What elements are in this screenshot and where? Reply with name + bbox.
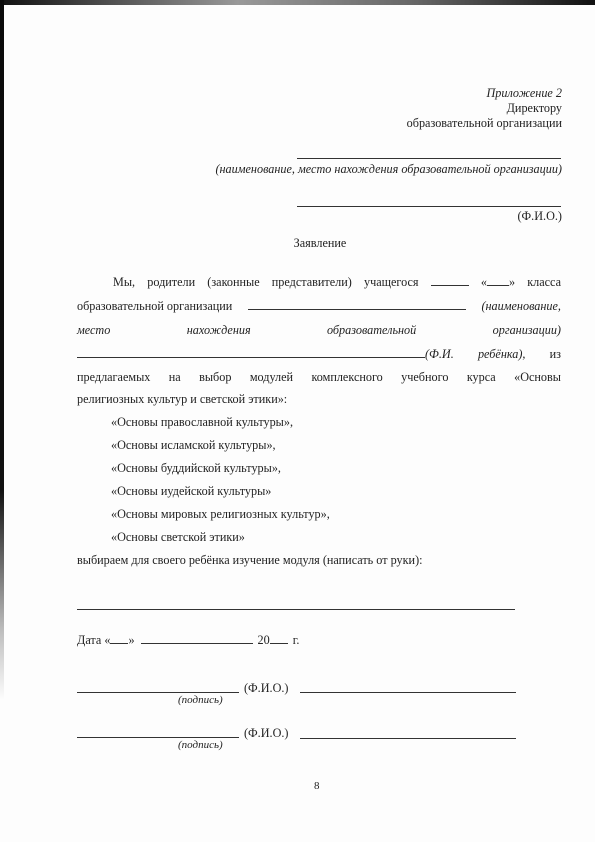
org-name-field[interactable] xyxy=(297,158,561,159)
date-label: Дата « xyxy=(77,633,110,648)
text-word: родители xyxy=(147,275,195,290)
date-year-prefix: 20 xyxy=(258,633,270,648)
module-item: «Основы мировых религиозных культур», xyxy=(111,507,330,522)
org-name-inline-field[interactable] xyxy=(248,299,466,310)
text-word: учебного xyxy=(401,370,448,385)
date-day-field[interactable] xyxy=(110,633,128,644)
caption-word: нахождения xyxy=(187,323,251,338)
choose-module-text: выбираем для своего ребёнка изучение мод… xyxy=(77,553,423,568)
caption-text: (Ф.И. xyxy=(425,347,454,362)
text-word: Мы, xyxy=(113,275,135,290)
addressee-org: образовательной организации xyxy=(407,116,562,131)
signature-field-2[interactable] xyxy=(77,737,239,738)
text-word: класса xyxy=(527,275,561,290)
text-word: из xyxy=(550,347,561,362)
director-fio-field[interactable] xyxy=(297,206,561,207)
director-fio-caption: (Ф.И.О.) xyxy=(518,209,563,224)
caption-word: организации) xyxy=(493,323,561,338)
org-name-caption: (наименование, место нахождения образова… xyxy=(215,162,562,177)
scan-edge-top xyxy=(0,0,595,5)
caption-word: образовательной xyxy=(327,323,416,338)
date-year-suffix: г. xyxy=(293,633,300,648)
fio-label-2: (Ф.И.О.) xyxy=(244,726,289,741)
text-word: курса xyxy=(467,370,496,385)
text-word: комплексного xyxy=(311,370,382,385)
signature-caption-2: (подпись) xyxy=(178,739,223,751)
caption-word: место xyxy=(77,323,110,338)
child-fio-field[interactable] xyxy=(77,347,425,358)
module-item: «Основы православной культуры», xyxy=(111,415,293,430)
parent-fio-field-2[interactable] xyxy=(300,738,516,739)
date-month-field[interactable] xyxy=(141,633,253,644)
class-number-field[interactable] xyxy=(431,275,469,286)
chosen-module-field[interactable] xyxy=(77,609,515,610)
fio-label-1: (Ф.И.О.) xyxy=(244,681,289,696)
module-item: «Основы буддийской культуры», xyxy=(111,461,281,476)
body-line-5: предлагаемых на выбор модулей комплексно… xyxy=(77,370,561,385)
module-item: «Основы исламской культуры», xyxy=(111,438,276,453)
caption-text: (наименование, xyxy=(481,299,561,314)
body-line-2: образовательной организации (наименовани… xyxy=(77,299,561,314)
body-line-4: (Ф.И. ребёнка), из xyxy=(77,347,561,362)
text-word: на xyxy=(169,370,181,385)
body-line-3: место нахождения образовательной организ… xyxy=(77,323,561,338)
document-title: Заявление xyxy=(0,236,595,251)
text-word: «Основы xyxy=(514,370,561,385)
class-letter-group: «» xyxy=(481,275,515,290)
date-year-field[interactable] xyxy=(270,633,288,644)
body-line-6: религиозных культур и светской этики»: xyxy=(77,392,287,407)
text-word: (законные xyxy=(207,275,259,290)
text-word: выбор xyxy=(199,370,231,385)
date-row: Дата « » 20 г. xyxy=(77,633,299,648)
text-word: предлагаемых xyxy=(77,370,150,385)
caption-text: ребёнка), xyxy=(478,347,526,362)
module-item: «Основы светской этики» xyxy=(111,530,245,545)
signature-field-1[interactable] xyxy=(77,692,239,693)
text-word: учащегося xyxy=(364,275,419,290)
parent-fio-field-1[interactable] xyxy=(300,692,516,693)
text-word: модулей xyxy=(250,370,293,385)
page-number: 8 xyxy=(314,780,320,792)
class-letter-field[interactable] xyxy=(487,275,509,286)
scan-edge-left xyxy=(0,0,4,700)
body-line-1: Мы, родители (законные представители) уч… xyxy=(113,275,561,290)
text-word: представители) xyxy=(272,275,352,290)
appendix-label: Приложение 2 xyxy=(486,86,562,101)
text-phrase: образовательной организации xyxy=(77,299,232,314)
date-quote: » xyxy=(128,633,134,648)
signature-caption-1: (подпись) xyxy=(178,694,223,706)
addressee-title: Директору xyxy=(507,101,562,116)
module-item: «Основы иудейской культуры» xyxy=(111,484,271,499)
